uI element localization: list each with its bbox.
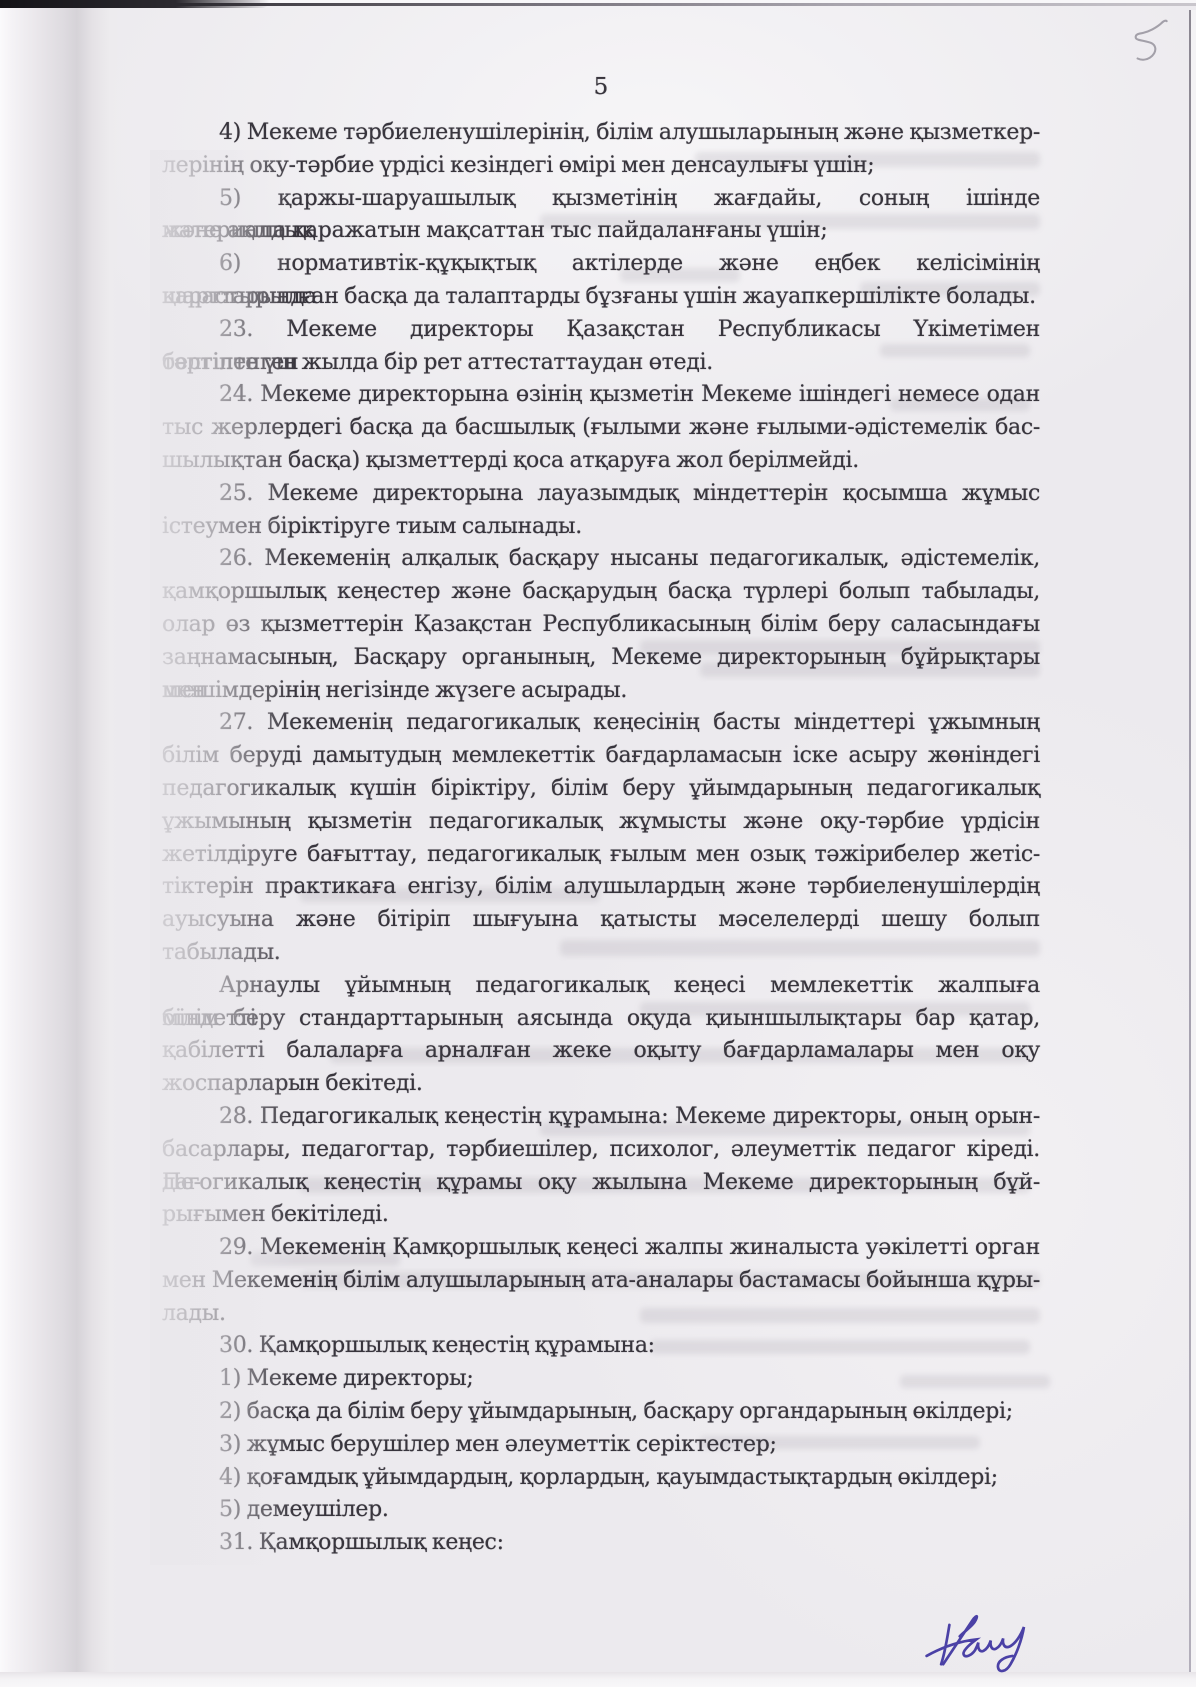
handwritten-page-number-icon xyxy=(1126,18,1170,72)
text-line: педагогикалық күшін біріктіру, білім бер… xyxy=(162,773,1040,806)
text-line: табылады. xyxy=(162,937,1040,970)
text-line: 2) басқа да білім беру ұйымдарының, басқ… xyxy=(162,1396,1040,1429)
text-line: 31. Қамқоршылық кеңес: xyxy=(162,1527,1040,1560)
text-line: 28. Педагогикалық кеңестің құрамына: Мек… xyxy=(162,1101,1040,1134)
text-line: 3) жұмыс берушілер мен әлеуметтік серікт… xyxy=(162,1429,1040,1462)
text-line: ауысуына және бітіріп шығуына қатысты мә… xyxy=(162,904,1040,937)
text-line: тыс жерлердегі басқа да басшылық (ғылыми… xyxy=(162,412,1040,445)
signature-icon xyxy=(912,1598,1052,1686)
text-line: 4) қоғамдық ұйымдардың, қорлардың, қауым… xyxy=(162,1462,1040,1495)
text-line: қарастырылған басқа да талаптарды бұзған… xyxy=(162,281,1040,314)
text-line: шылықтан басқа) қызметтерді қоса атқаруғ… xyxy=(162,445,1040,478)
text-line: жетілдіруге бағыттау, педагогикалық ғылы… xyxy=(162,839,1040,872)
text-line: 25. Мекеме директорына лауазымдық міндет… xyxy=(162,478,1040,511)
text-line: қабілетті балаларға арналған жеке оқыту … xyxy=(162,1035,1040,1068)
text-line: 29. Мекеменің Қамқоршылық кеңесі жалпы ж… xyxy=(162,1232,1040,1265)
text-line: қамқоршылық кеңестер және басқарудың бас… xyxy=(162,576,1040,609)
text-line: 5) демеушілер. xyxy=(162,1494,1040,1527)
text-line: 26. Мекеменің алқалық басқару нысаны пед… xyxy=(162,543,1040,576)
text-line: 30. Қамқоршылық кеңестің құрамына: xyxy=(162,1330,1040,1363)
text-line: және ақша қаражатын мақсаттан тыс пайдал… xyxy=(162,215,1040,248)
text-line: 5) қаржы-шаруашылық қызметінің жағдайы, … xyxy=(162,183,1040,216)
scanned-document: { "document": { "typed_page_number": "5"… xyxy=(0,0,1196,1687)
text-line: 23. Мекеме директоры Қазақстан Республик… xyxy=(162,314,1040,347)
text-line: білім беру стандарттарының аясында оқуда… xyxy=(162,1003,1040,1036)
text-line: 27. Мекеменің педагогикалық кеңесінің ба… xyxy=(162,707,1040,740)
text-line: басарлары, педагогтар, тәрбиешілер, псих… xyxy=(162,1134,1040,1167)
text-line: лады. xyxy=(162,1298,1040,1331)
text-line: шешімдерінің негізінде жүзеге асырады. xyxy=(162,675,1040,708)
text-line: тәртіпте үш жылда бір рет аттестаттаудан… xyxy=(162,347,1040,380)
text-line: 6) нормативтік-құқықтық актілерде және е… xyxy=(162,248,1040,281)
text-line: дагогикалық кеңестің құрамы оқу жылына М… xyxy=(162,1167,1040,1200)
text-block: 4) Мекеме тәрбиеленушілерінің, білім алу… xyxy=(162,117,1040,1560)
text-line: лерінің оку-тәрбие үрдісі кезіндегі өмір… xyxy=(162,150,1040,183)
text-line: 1) Мекеме директоры; xyxy=(162,1363,1040,1396)
text-line: рығымен бекітіледі. xyxy=(162,1199,1040,1232)
text-line: ұжымының қызметін педагогикалық жұмысты … xyxy=(162,806,1040,839)
text-line: 4) Мекеме тәрбиеленушілерінің, білім алу… xyxy=(162,117,1040,150)
text-line: Арнаулы ұйымның педагогикалық кеңесі мем… xyxy=(162,970,1040,1003)
text-line: білім беруді дамытудың мемлекеттік бағда… xyxy=(162,740,1040,773)
document-page: 5 4) Мекеме тәрбиеленушілерінің, білім а… xyxy=(0,0,1196,1687)
text-line: заңнамасының, Басқару органының, Мекеме … xyxy=(162,642,1040,675)
text-line: жоспарларын бекітеді. xyxy=(162,1068,1040,1101)
text-line: істеумен біріктіруге тиым салынады. xyxy=(162,511,1040,544)
text-line: 24. Мекеме директорына өзінің қызметін М… xyxy=(162,379,1040,412)
text-line: олар өз қызметтерін Қазақстан Республика… xyxy=(162,609,1040,642)
text-line: тіктерін практикаға енгізу, білім алушыл… xyxy=(162,871,1040,904)
text-line: мен Мекеменің білім алушыларының ата-ана… xyxy=(162,1265,1040,1298)
